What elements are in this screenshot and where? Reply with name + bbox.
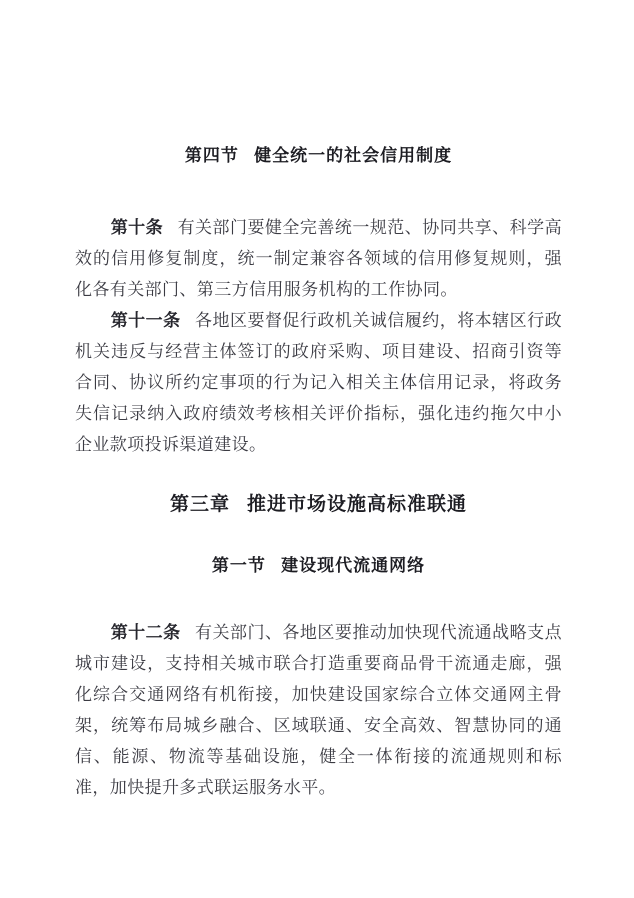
article-10-paragraph: 第十条有关部门要健全完善统一规范、协同共享、科学高效的信用修复制度，统一制定兼容… — [75, 212, 562, 305]
section-number: 第一节 — [212, 556, 266, 575]
article-12-paragraph: 第十二条有关部门、各地区要推动加快现代流通战略支点城市建设，支持相关城市联合打造… — [75, 617, 562, 803]
section-title: 建设现代流通网络 — [281, 556, 425, 575]
document-page: 第四节健全统一的社会信用制度 第十条有关部门要健全完善统一规范、协同共享、科学高… — [0, 0, 634, 898]
section-heading-credit-system: 第四节健全统一的社会信用制度 — [75, 146, 562, 166]
article-11-number: 第十一条 — [111, 311, 181, 330]
chapter-number: 第三章 — [170, 494, 230, 515]
chapter-title: 推进市场设施高标准联通 — [247, 494, 467, 515]
article-12-number: 第十二条 — [111, 623, 181, 642]
section-number: 第四节 — [185, 146, 239, 165]
article-12-text: 有关部门、各地区要推动加快现代流通战略支点城市建设，支持相关城市联合打造重要商品… — [75, 623, 562, 797]
section-title: 健全统一的社会信用制度 — [254, 146, 452, 165]
section-heading-circulation-network: 第一节建设现代流通网络 — [75, 556, 562, 576]
article-10-number: 第十条 — [111, 218, 163, 237]
chapter-heading-market-facilities: 第三章推进市场设施高标准联通 — [75, 494, 562, 516]
article-11-text: 各地区要督促行政机关诚信履约，将本辖区行政机关违反与经营主体签订的政府采购、项目… — [75, 311, 562, 454]
article-11-paragraph: 第十一条各地区要督促行政机关诚信履约，将本辖区行政机关违反与经营主体签订的政府采… — [75, 305, 562, 460]
